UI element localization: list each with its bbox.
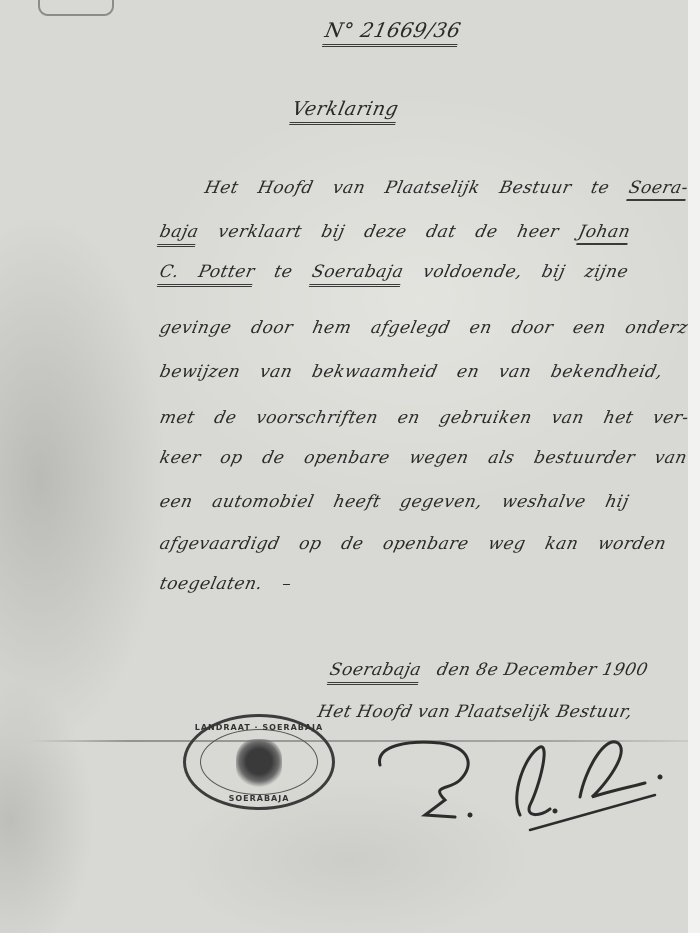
signature (370, 725, 670, 835)
document-page: N° 21669/36 Verklaring Het Hoofd van Pla… (0, 0, 688, 933)
body-line: keer op de openbare wegen als bestuurder… (158, 448, 689, 468)
body-line: toegelaten. – (158, 574, 294, 594)
closing-title: Het Hoofd van Plaatselijk Bestuur, (316, 702, 635, 722)
scan-edge (688, 0, 700, 933)
document-number: N° 21669/36 (322, 18, 463, 47)
place-date: Soerabaja den 8e December 1900 (328, 660, 650, 680)
body-line: baja verklaart bij deze dat de heer Joha… (158, 222, 632, 242)
body-line: bewijzen van bekwaamheid en van bekendhe… (158, 362, 665, 382)
place: Soerabaja (327, 660, 423, 685)
official-stamp: LANDRAAT · SOERABAJA SOERABAJA (183, 714, 335, 810)
body-line: afgevaardigd op de openbare weg kan word… (158, 534, 668, 554)
document-title: Verklaring (289, 98, 401, 125)
stamp-bottom-text: SOERABAJA (186, 794, 332, 803)
body-line: een automobiel heeft gegeven, weshalve h… (158, 492, 631, 512)
stamp-top-text: LANDRAAT · SOERABAJA (186, 723, 332, 732)
body-line: gevinge door hem afgelegd en door een on… (158, 318, 700, 338)
date: den 8e December 1900 (435, 660, 650, 680)
coat-of-arms-icon (236, 739, 282, 789)
body-line: C. Potter te Soerabaja voldoende, bij zi… (158, 262, 630, 282)
partial-stamp-top (38, 0, 114, 16)
body-line: met de voorschriften en gebruiken van he… (158, 408, 691, 428)
body-line: Het Hoofd van Plaatselijk Bestuur te Soe… (203, 178, 690, 198)
